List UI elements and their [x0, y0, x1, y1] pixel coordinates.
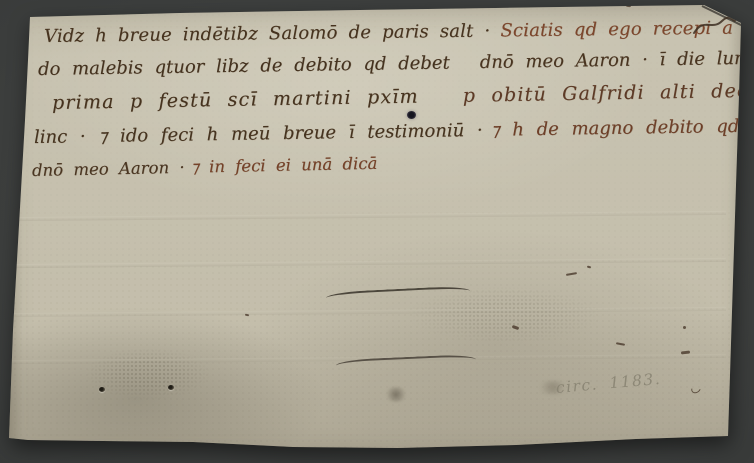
ink-text-segment: ⁊ in feci ei unā dicā — [190, 154, 377, 177]
parchment-hole — [168, 385, 174, 390]
parchment-wrap: Vidz h breue indētibz Salomō de paris sa… — [0, 0, 754, 463]
ink-blot — [407, 111, 416, 119]
ink-speck — [42, 12, 46, 15]
ink-flourish-icon — [692, 15, 738, 37]
ink-text-segment: dnō meo Aaron · — [32, 158, 185, 180]
smudge-stain — [384, 387, 408, 402]
fingerprint-stain — [86, 348, 211, 400]
ink-speck — [626, 4, 631, 7]
parchment-hole — [99, 387, 105, 392]
photo-background: Vidz h breue indētibz Salomō de paris sa… — [0, 0, 754, 463]
ink-speck — [683, 326, 686, 329]
ink-text-segment: ⁊ h de magno debito qd deb- — [490, 115, 754, 141]
parchment-document: Vidz h breue indētibz Salomō de paris sa… — [0, 0, 754, 463]
ink-text-segment: dnō meo Aaron · ī die lune — [480, 48, 754, 73]
